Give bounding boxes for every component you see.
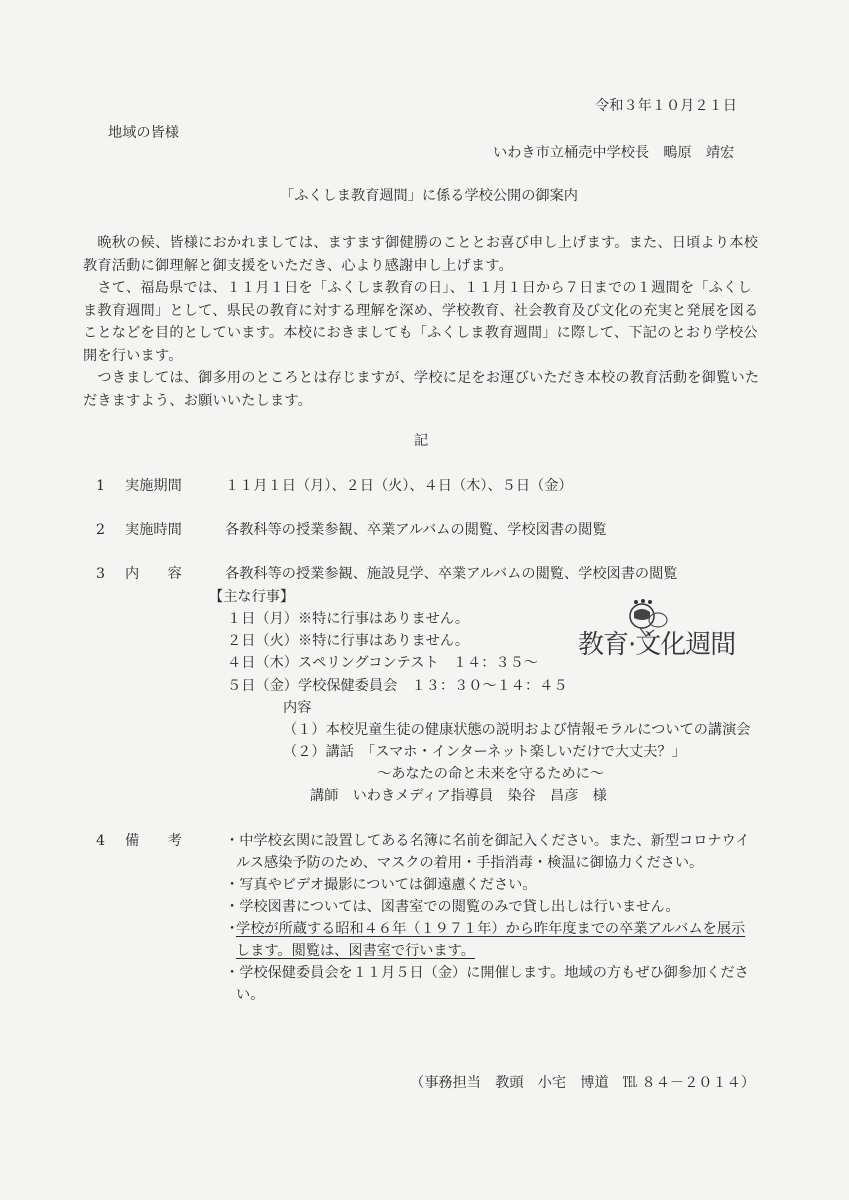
event-item: ２日（火）※特に行事はありません。: [227, 630, 469, 652]
event-detail: （２）講話 「スマホ・インターネット楽しいだけで大丈夫？」: [283, 741, 686, 763]
body-paragraph-1: 晩秋の候、皆様におかれましては、ますます御健勝のこととお喜び申し上げます。また、…: [83, 232, 763, 277]
ki-heading: 記: [414, 430, 428, 452]
item-content: １１月１日（月）、２日（火）、４日（木）、５日（金）: [225, 475, 573, 497]
note-line: い。: [236, 984, 264, 1006]
item-label: 実施時間: [125, 519, 182, 541]
sender: いわき市立桶売中学校長 鴫原 靖宏: [493, 142, 734, 164]
events-heading: 【主な行事】: [209, 586, 294, 608]
item-label: 実施期間: [125, 475, 182, 497]
event-detail-subtitle: ～あなたの命と未来を守るために～: [377, 763, 604, 785]
item-label: 備 考: [125, 830, 182, 852]
document-date: 令和３年１０月２１日: [595, 95, 737, 117]
addressee: 地域の皆様: [108, 122, 179, 144]
item-number: 1: [96, 475, 105, 497]
event-item: １日（月）※特に行事はありません。: [227, 608, 469, 630]
item-content: 各教科等の授業参観、施設見学、卒業アルバムの閲覧、学校図書の閲覧: [225, 563, 677, 585]
item-content: 各教科等の授業参観、卒業アルバムの閲覧、学校図書の閲覧: [225, 519, 607, 541]
event-item: ５日（金）学校保健委員会 １３：３０～１４：４５: [227, 675, 568, 697]
item-number: 4: [96, 830, 105, 852]
lecturer: 講師 いわきメディア指導員 染谷 昌彦 様: [310, 785, 607, 807]
item-number: 3: [96, 563, 105, 585]
document-page: 令和３年１０月２１日 地域の皆様 いわき市立桶売中学校長 鴫原 靖宏 「ふくしま…: [0, 0, 849, 1200]
note-line: ・写真やビデオ撮影については御遠慮ください。: [225, 874, 537, 896]
note-line: ルス感染予防のため、マスクの着用・手指消毒・検温に御協力ください。: [236, 852, 703, 874]
body-paragraph-2: さて、福島県では、１１月１日を「ふくしま教育の日」、１１月１日から７日までの１週…: [83, 277, 763, 367]
contact-footer: （事務担当 教頭 小宅 博道 ℡ ８４－２０１４）: [410, 1072, 755, 1094]
note-line-underlined: します。閲覧は、図書室で行います。: [236, 940, 475, 962]
document-title: 「ふくしま教育週間」に係る学校公開の御案内: [280, 185, 578, 207]
event-item: ４日（木）スペリングコンテスト １４：３５～: [227, 652, 538, 674]
event-detail: （１）本校児童生徒の健康状態の説明および情報モラルについての講演会: [283, 719, 750, 741]
logo-text: 教育·文化週間: [578, 624, 735, 661]
note-line: ・学校図書については、図書室での閲覧のみで貸し出しは行いません。: [225, 896, 680, 918]
note-line: ・中学校玄関に設置してある名簿に名前を御記入ください。また、新型コロナウイ: [225, 830, 750, 852]
body-paragraph-3: つきましては、御多用のところとは存じますが、学校に足をお運びいただき本校の教育活…: [83, 367, 763, 412]
note-line-underlined: 学校が所蔵する昭和４６年（１９７１年）から昨年度までの卒業アルバムを展示: [236, 918, 745, 940]
note-line: ・学校保健委員会を１１月５日（金）に開催します。地域の方もぜひ御参加くださ: [225, 962, 749, 984]
event-detail-label: 内容: [283, 697, 311, 719]
item-label: 内 容: [125, 563, 182, 585]
item-number: 2: [96, 519, 105, 541]
education-culture-week-logo: 教育·文化週間: [578, 598, 758, 678]
